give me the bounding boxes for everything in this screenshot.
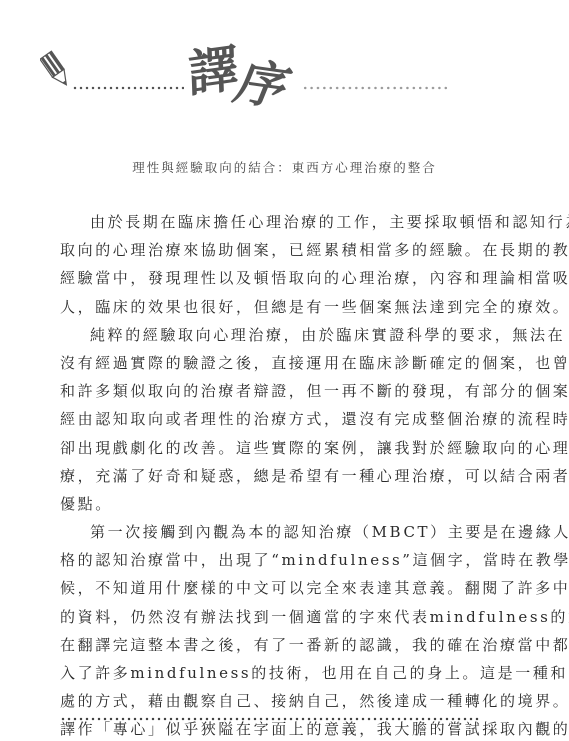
text-line: 和許多類似取向的治療者辯證，但一再不斷的發現，有部分的個案在 bbox=[60, 377, 482, 405]
paragraph-3: 第一次接觸到內觀為本的認知治療（MBCT）主要是在邊緣人 格的認知治療當中，出現… bbox=[60, 518, 482, 741]
text-line: 由於長期在臨床擔任心理治療的工作，主要採取頓悟和認知行為 bbox=[60, 208, 482, 236]
pencil-icon bbox=[40, 50, 72, 90]
text-line: 沒有經過實際的驗證之後，直接運用在臨床診斷確定的個案，也曾經 bbox=[60, 349, 482, 377]
text-line: 經由認知取向或者理性的治療方式，還沒有完成整個治療的流程時， bbox=[60, 405, 482, 433]
text-line: 純粹的經驗取向心理治療，由於臨床實證科學的要求，無法在 bbox=[60, 321, 482, 349]
text-line: 處的方式，藉由觀察自己、接納自己，然後達成一種轉化的境界。翻 bbox=[60, 687, 482, 715]
text-line: 格的認知治療當中，出現了“mindfulness”這個字，當時在教學的時 bbox=[60, 546, 482, 574]
text-line: 人，臨床的效果也很好，但總是有一些個案無法達到完全的療效。 bbox=[60, 293, 482, 321]
paragraph-1: 由於長期在臨床擔任心理治療的工作，主要採取頓悟和認知行為 取向的心理治療來協助個… bbox=[60, 208, 482, 321]
text-line: 經驗當中，發現理性以及頓悟取向的心理治療，內容和理論相當吸引 bbox=[60, 264, 482, 292]
chapter-title-char-2: 序 bbox=[229, 58, 298, 113]
chapter-header: 譯 序 bbox=[0, 0, 569, 130]
dotted-rule-bottom bbox=[60, 716, 480, 722]
text-line: 第一次接觸到內觀為本的認知治療（MBCT）主要是在邊緣人 bbox=[60, 518, 482, 546]
text-line: 優點。 bbox=[60, 490, 482, 518]
text-line: 候，不知道用什麼樣的中文可以完全來表達其意義。翻閱了許多中文 bbox=[60, 574, 482, 602]
text-line: 療，充滿了好奇和疑惑，總是希望有一種心理治療，可以結合兩者的 bbox=[60, 462, 482, 490]
text-line: 入了許多mindfulness的技術，也用在自己的身上。這是一種和自己相 bbox=[60, 659, 482, 687]
chapter-title-char-1: 譯 bbox=[187, 42, 238, 99]
body-text: 由於長期在臨床擔任心理治療的工作，主要採取頓悟和認知行為 取向的心理治療來協助個… bbox=[60, 208, 482, 741]
dotted-rule-right bbox=[302, 85, 450, 91]
text-line: 在翻譯完這整本書之後，有了一番新的認識，我的確在治療當中都加 bbox=[60, 631, 482, 659]
text-line: 取向的心理治療來協助個案，已經累積相當多的經驗。在長期的教學 bbox=[60, 236, 482, 264]
section-subtitle: 理性與經驗取向的結合：東西方心理治療的整合 bbox=[0, 158, 569, 176]
text-line: 的資料，仍然沒有辦法找到一個適當的字來代表mindfulness的意義。 bbox=[60, 603, 482, 631]
paragraph-2: 純粹的經驗取向心理治療，由於臨床實證科學的要求，無法在 沒有經過實際的驗證之後，… bbox=[60, 321, 482, 518]
text-line: 卻出現戲劇化的改善。這些實際的案例，讓我對於經驗取向的心理治 bbox=[60, 434, 482, 462]
dotted-rule-left bbox=[72, 85, 184, 91]
